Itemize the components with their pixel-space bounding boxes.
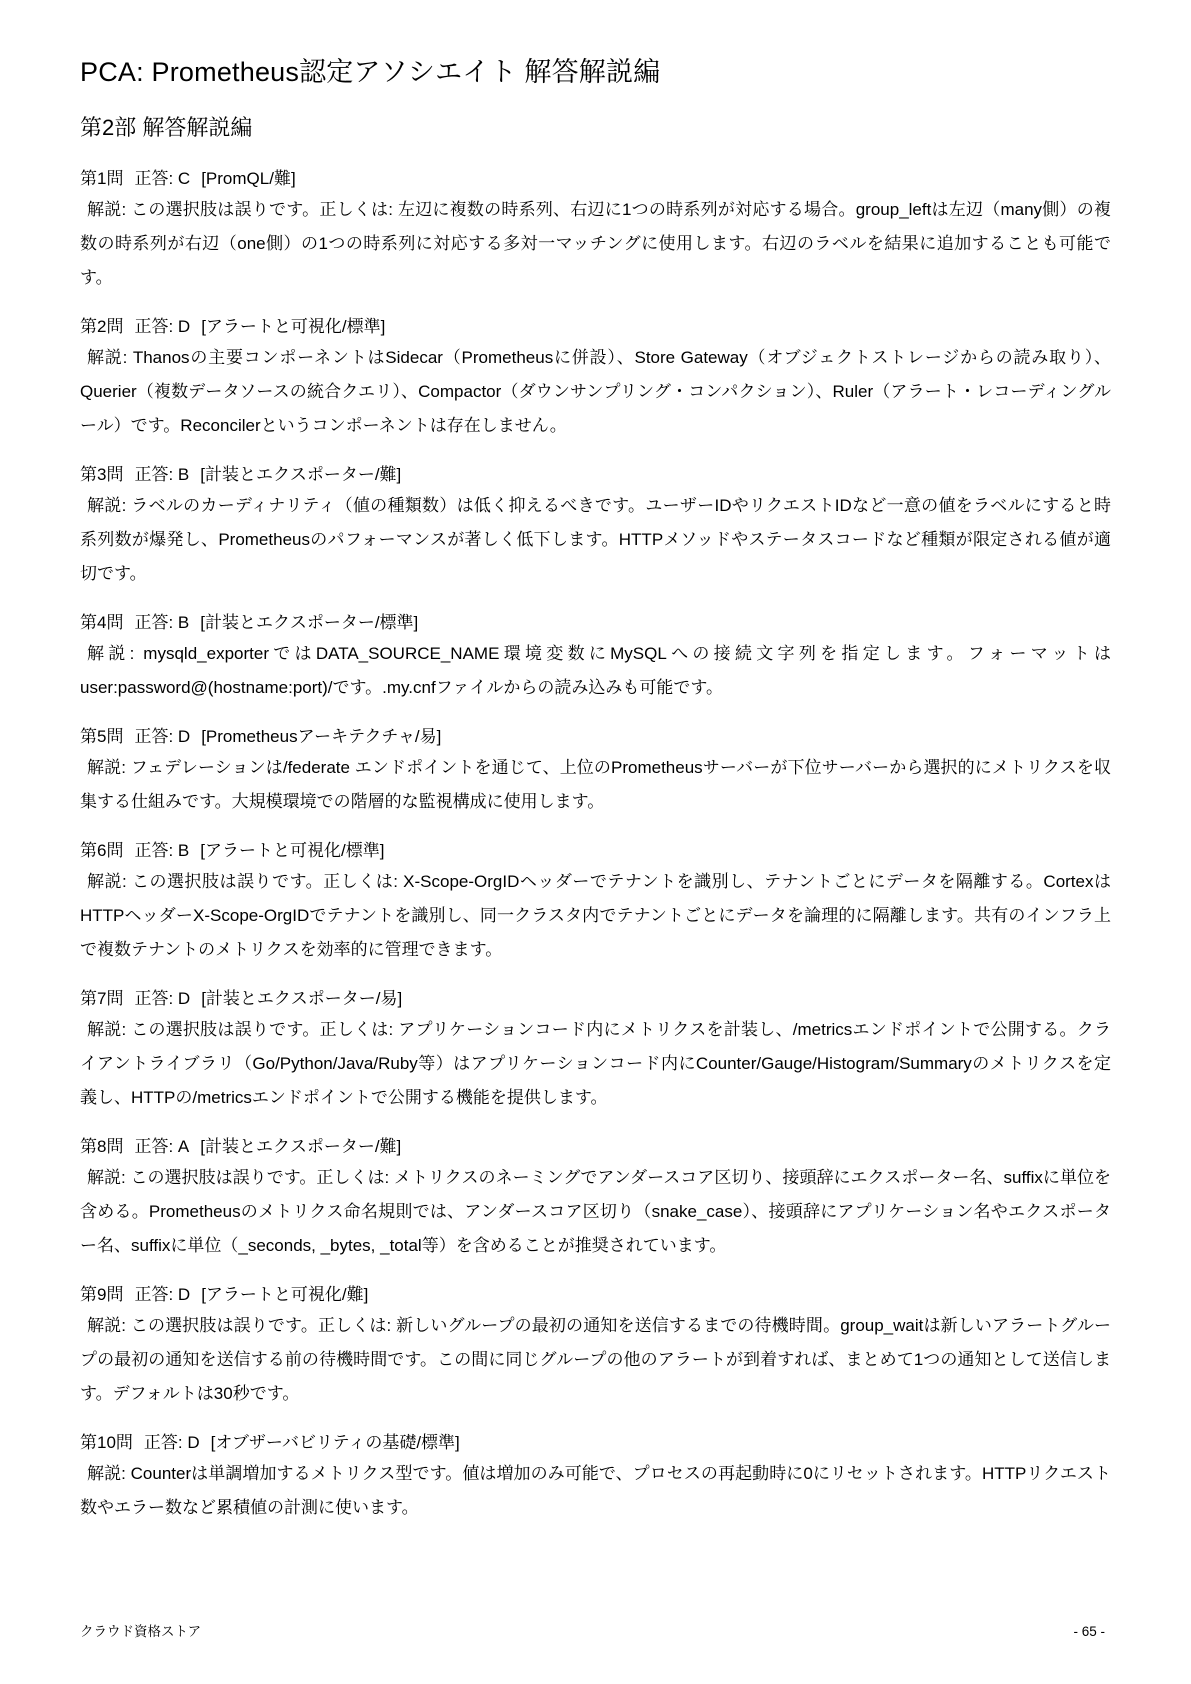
question-number: 第1問 (80, 168, 123, 189)
question-correct-answer: 正答: B (134, 612, 189, 633)
question-header: 第4問 正答: B [計装とエクスポーター/標準] (80, 612, 1111, 633)
question-header: 第3問 正答: B [計装とエクスポーター/難] (80, 464, 1111, 485)
question-category-tag: [オブザーバビリティの基礎/標準] (211, 1432, 460, 1453)
question-block: 第3問 正答: B [計装とエクスポーター/難] 解説: ラベルのカーディナリテ… (80, 464, 1111, 591)
page-footer: クラウド資格ストア - 65 - (80, 1624, 1105, 1640)
question-header: 第8問 正答: A [計装とエクスポーター/難] (80, 1136, 1111, 1157)
question-category-tag: [PromQL/難] (201, 168, 295, 189)
page-title: PCA: Prometheus認定アソシエイト 解答解説編 (80, 50, 1111, 89)
question-correct-answer: 正答: B (134, 840, 189, 861)
question-correct-answer: 正答: C (134, 168, 190, 189)
question-header: 第10問 正答: D [オブザーバビリティの基礎/標準] (80, 1432, 1111, 1453)
question-explanation: 解説: Thanosの主要コンポーネントはSidecar（Prometheusに… (80, 341, 1111, 443)
section-title: 第2部 解答解説編 (80, 111, 1111, 142)
question-number: 第9問 (80, 1284, 123, 1305)
question-category-tag: [アラートと可視化/難] (201, 1284, 368, 1305)
question-explanation: 解説: mysqld_exporterではDATA_SOURCE_NAME環境変… (80, 637, 1111, 705)
question-category-tag: [計装とエクスポーター/易] (201, 988, 402, 1009)
question-header: 第1問 正答: C [PromQL/難] (80, 168, 1111, 189)
question-block: 第8問 正答: A [計装とエクスポーター/難] 解説: この選択肢は誤りです。… (80, 1136, 1111, 1263)
question-block: 第6問 正答: B [アラートと可視化/標準] 解説: この選択肢は誤りです。正… (80, 840, 1111, 967)
question-correct-answer: 正答: D (134, 988, 190, 1009)
document-page: PCA: Prometheus認定アソシエイト 解答解説編 第2部 解答解説編 … (0, 0, 1191, 1525)
question-number: 第6問 (80, 840, 123, 861)
question-header: 第2問 正答: D [アラートと可視化/標準] (80, 316, 1111, 337)
question-explanation: 解説: この選択肢は誤りです。正しくは: メトリクスのネーミングでアンダースコア… (80, 1161, 1111, 1263)
question-block: 第2問 正答: D [アラートと可視化/標準] 解説: Thanosの主要コンポ… (80, 316, 1111, 443)
question-category-tag: [計装とエクスポーター/難] (200, 464, 401, 485)
question-header: 第5問 正答: D [Prometheusアーキテクチャ/易] (80, 726, 1111, 747)
question-category-tag: [計装とエクスポーター/標準] (200, 612, 418, 633)
question-header: 第9問 正答: D [アラートと可視化/難] (80, 1284, 1111, 1305)
question-explanation: 解説: この選択肢は誤りです。正しくは: 新しいグループの最初の通知を送信するま… (80, 1309, 1111, 1411)
question-explanation: 解説: Counterは単調増加するメトリクス型です。値は増加のみ可能で、プロセ… (80, 1457, 1111, 1525)
question-correct-answer: 正答: A (134, 1136, 189, 1157)
question-explanation: 解説: フェデレーションは/federate エンドポイントを通じて、上位のPr… (80, 751, 1111, 819)
question-explanation: 解説: この選択肢は誤りです。正しくは: アプリケーションコード内にメトリクスを… (80, 1013, 1111, 1115)
question-correct-answer: 正答: B (134, 464, 189, 485)
question-explanation: 解説: この選択肢は誤りです。正しくは: 左辺に複数の時系列、右辺に1つの時系列… (80, 193, 1111, 295)
question-header: 第7問 正答: D [計装とエクスポーター/易] (80, 988, 1111, 1009)
question-block: 第9問 正答: D [アラートと可視化/難] 解説: この選択肢は誤りです。正し… (80, 1284, 1111, 1411)
question-block: 第5問 正答: D [Prometheusアーキテクチャ/易] 解説: フェデレ… (80, 726, 1111, 819)
question-block: 第1問 正答: C [PromQL/難] 解説: この選択肢は誤りです。正しくは… (80, 168, 1111, 295)
question-block: 第10問 正答: D [オブザーバビリティの基礎/標準] 解説: Counter… (80, 1432, 1111, 1525)
question-number: 第2問 (80, 316, 123, 337)
question-explanation: 解説: この選択肢は誤りです。正しくは: X-Scope-OrgIDヘッダーでテ… (80, 865, 1111, 967)
footer-page-number: - 65 - (1073, 1624, 1105, 1640)
question-number: 第10問 (80, 1432, 133, 1453)
question-correct-answer: 正答: D (134, 1284, 190, 1305)
question-explanation: 解説: ラベルのカーディナリティ（値の種類数）は低く抑えるべきです。ユーザーID… (80, 489, 1111, 591)
question-category-tag: [計装とエクスポーター/難] (200, 1136, 401, 1157)
question-header: 第6問 正答: B [アラートと可視化/標準] (80, 840, 1111, 861)
question-category-tag: [アラートと可視化/標準] (200, 840, 384, 861)
question-correct-answer: 正答: D (134, 726, 190, 747)
question-number: 第4問 (80, 612, 123, 633)
questions-list: 第1問 正答: C [PromQL/難] 解説: この選択肢は誤りです。正しくは… (80, 168, 1111, 1525)
question-category-tag: [アラートと可視化/標準] (201, 316, 385, 337)
footer-store-name: クラウド資格ストア (80, 1624, 201, 1640)
question-number: 第8問 (80, 1136, 123, 1157)
question-block: 第4問 正答: B [計装とエクスポーター/標準] 解説: mysqld_exp… (80, 612, 1111, 705)
question-correct-answer: 正答: D (134, 316, 190, 337)
question-number: 第7問 (80, 988, 123, 1009)
question-number: 第5問 (80, 726, 123, 747)
question-category-tag: [Prometheusアーキテクチャ/易] (201, 726, 441, 747)
question-correct-answer: 正答: D (144, 1432, 200, 1453)
question-block: 第7問 正答: D [計装とエクスポーター/易] 解説: この選択肢は誤りです。… (80, 988, 1111, 1115)
question-number: 第3問 (80, 464, 123, 485)
